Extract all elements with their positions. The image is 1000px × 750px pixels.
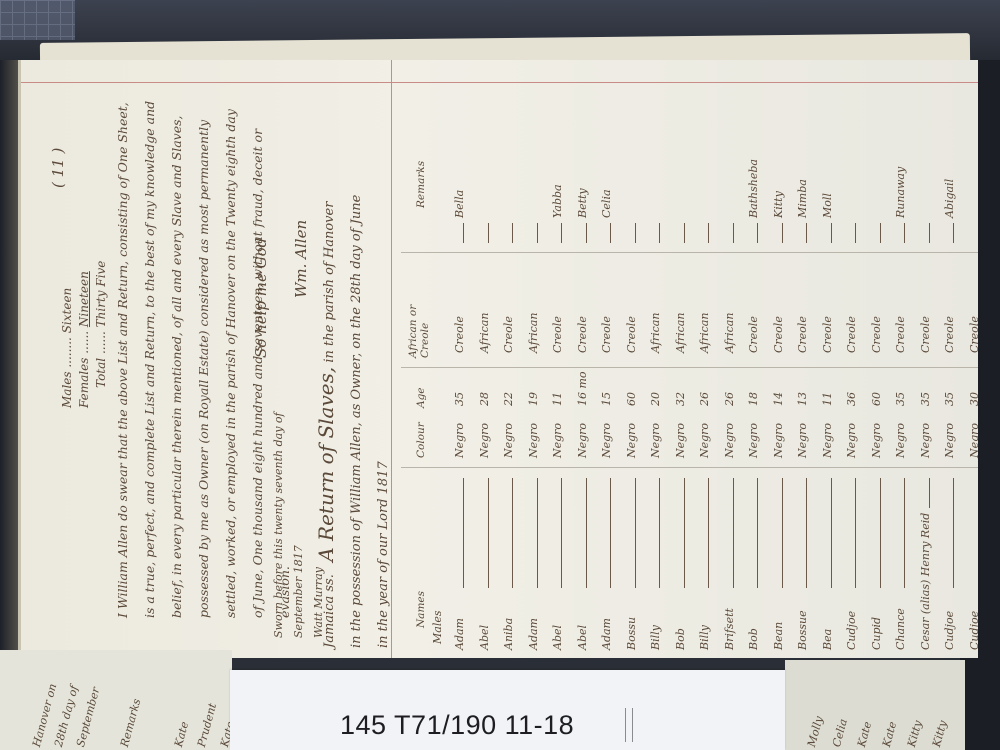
cell-age: 60	[870, 392, 883, 406]
place-heading: Jamaica ss.	[322, 574, 337, 648]
cell-age: 22	[502, 392, 515, 406]
ruled-dash	[561, 478, 562, 588]
cell-remarks: Betty	[576, 188, 589, 218]
adjacent-entry: Kitty	[905, 719, 924, 748]
header-names: Names	[415, 591, 427, 628]
ruled-dash	[782, 478, 783, 588]
archive-label: 145 T71/190 11-18	[230, 670, 785, 750]
folio-number: ( 11 )	[49, 148, 67, 188]
cell-origin: African	[674, 313, 687, 353]
ruled-dash	[978, 223, 979, 243]
cell-origin: African	[723, 313, 736, 353]
cell-colour: Negro	[527, 423, 540, 458]
cell-origin: Creole	[821, 316, 834, 353]
ruled-dash	[488, 223, 489, 243]
cell-colour: Negro	[453, 423, 466, 458]
cell-name: Bossue	[796, 610, 809, 650]
cell-age: 60	[625, 392, 638, 406]
ruled-dash	[757, 223, 758, 243]
table-row: CudjoeNegro30Creole	[964, 60, 979, 658]
ruled-dash	[978, 478, 979, 588]
ruled-dash	[733, 223, 734, 243]
table-row: AbelNegro16 moCreoleBetty	[572, 60, 597, 658]
cell-origin: African	[649, 313, 662, 353]
header-remarks: Remarks	[415, 161, 427, 208]
cell-age: 11	[821, 392, 834, 406]
table-row: BobNegro32African	[670, 60, 695, 658]
cell-remarks: Mimba	[796, 179, 809, 218]
ruled-dash	[831, 223, 832, 243]
ruled-dash	[659, 223, 660, 243]
ruled-dash	[537, 478, 538, 588]
cell-age: 35	[894, 392, 907, 406]
ruled-dash	[880, 478, 881, 588]
cell-name: Adam	[600, 618, 613, 650]
cell-colour: Negro	[943, 423, 956, 458]
cell-colour: Negro	[919, 423, 932, 458]
ruled-dash	[733, 478, 734, 588]
cell-remarks: Bathsheba	[747, 159, 760, 218]
cell-colour: Negro	[747, 423, 760, 458]
ruled-dash	[463, 223, 464, 243]
return-heading: A Return of Slaves,	[314, 367, 338, 562]
ruled-dash	[610, 223, 611, 243]
table-row: BillyNegro26African	[694, 60, 719, 658]
section-males: Males	[431, 611, 444, 645]
table-row: BeaNegro11CreoleMoll	[817, 60, 842, 658]
cell-origin: Creole	[576, 316, 589, 353]
ruled-dash	[953, 478, 954, 588]
total-label: Total	[94, 358, 108, 388]
cell-age: 32	[674, 392, 687, 406]
adjacent-entry: Kitty	[930, 719, 949, 748]
cell-origin: Creole	[625, 316, 638, 353]
adjacent-entry: Molly	[805, 715, 826, 748]
archive-reference: 145 T71/190 11-18	[340, 710, 574, 741]
table-row: AnibaNegro22Creole	[498, 60, 523, 658]
cell-name: Bossu	[625, 617, 638, 650]
cell-origin: Creole	[796, 316, 809, 353]
table-row: AdamNegro15CreoleCelia	[596, 60, 621, 658]
ruled-dash	[904, 478, 905, 588]
cell-colour: Negro	[772, 423, 785, 458]
table-row: CupidNegro60Creole	[866, 60, 891, 658]
cell-colour: Negro	[796, 423, 809, 458]
ruled-dash	[708, 478, 709, 588]
cell-age: 18	[747, 392, 760, 406]
cell-colour: Negro	[821, 423, 834, 458]
cell-age: 35	[943, 392, 956, 406]
cell-name: Cudjoe	[943, 611, 956, 650]
ruled-dash	[512, 478, 513, 588]
cell-origin: Creole	[870, 316, 883, 353]
title-owner-line: in the possession of William Allen, as O…	[343, 68, 370, 648]
cell-colour: Negro	[723, 423, 736, 458]
cell-origin: Creole	[845, 316, 858, 353]
ruled-dash	[757, 478, 758, 588]
cell-colour: Negro	[502, 423, 515, 458]
table-row: ChanceNegro35CreoleRunaway	[890, 60, 915, 658]
total-value: Thirty Five	[94, 261, 108, 328]
table-row: AbelNegro28African	[474, 60, 499, 658]
cell-age: 14	[772, 392, 785, 406]
table-row: CudjoeNegro36Creole	[841, 60, 866, 658]
cutting-mat	[0, 0, 75, 40]
cell-colour: Negro	[870, 423, 883, 458]
ruled-dash	[806, 478, 807, 588]
cell-remarks: Moll	[821, 193, 834, 218]
title-year-line: in the year of our Lord 1817	[370, 68, 397, 648]
cell-colour: Negro	[551, 423, 564, 458]
cell-origin: Creole	[453, 316, 466, 353]
cell-name: Cesar (alias) Henry Reid	[919, 513, 932, 650]
title-parish: in the parish of Hanover	[322, 202, 337, 363]
table-row: Cesar (alias) Henry ReidNegro35Creole	[915, 60, 940, 658]
ruled-dash	[880, 223, 881, 243]
cell-name: Abel	[551, 625, 564, 650]
ruled-dash	[855, 478, 856, 588]
ruled-dash	[512, 223, 513, 243]
return-title: Jamaica ss. A Return of Slaves, in the p…	[313, 68, 397, 648]
totals-block: Males ........ Sixteen Females ...... Ni…	[59, 261, 110, 408]
cell-name: Abel	[576, 625, 589, 650]
cell-age: 11	[551, 392, 564, 406]
adjacent-entry: Kate	[172, 720, 191, 748]
adjacent-left-page: Hanover on 28th day of September Remarks…	[0, 650, 232, 750]
ruled-dash	[684, 223, 685, 243]
header-colour: Colour	[415, 422, 427, 458]
cell-age: 28	[478, 392, 491, 406]
ruled-dash	[708, 223, 709, 243]
sworn-date: Sworn before this twenty seventh day of …	[269, 388, 309, 638]
adjacent-entry: Celia	[830, 717, 850, 748]
cell-origin: Creole	[502, 316, 515, 353]
ruled-dash	[537, 223, 538, 243]
cell-age: 26	[698, 392, 711, 406]
adjacent-entry: Kate	[880, 720, 899, 748]
adjacent-entry: Prudent	[195, 702, 219, 749]
cell-name: Cudjoe	[968, 611, 979, 650]
cell-colour: Negro	[649, 423, 662, 458]
cell-name: Brifsett	[723, 608, 736, 650]
ruled-dash	[463, 478, 464, 588]
cell-name: Billy	[698, 625, 711, 650]
cell-name: Adam	[453, 618, 466, 650]
cell-name: Bean	[772, 622, 785, 650]
cell-name: Cudjoe	[845, 611, 858, 650]
cell-origin: African	[527, 313, 540, 353]
cell-colour: Negro	[894, 423, 907, 458]
cell-remarks: Celia	[600, 189, 613, 218]
cell-name: Bea	[821, 629, 834, 650]
table-row: BeanNegro14CreoleKitty	[768, 60, 793, 658]
cell-age: 19	[527, 392, 540, 406]
cell-remarks: Abigail	[943, 179, 956, 218]
cell-age: 16 mo	[576, 371, 589, 406]
cell-name: Aniba	[502, 618, 515, 650]
table-row: BrifsettNegro26African	[719, 60, 744, 658]
ruled-dash	[659, 478, 660, 588]
cell-name: Adam	[527, 618, 540, 650]
table-row: BossueNegro13CreoleMimba	[792, 60, 817, 658]
cell-colour: Negro	[478, 423, 491, 458]
cell-remarks: Bella	[453, 190, 466, 218]
cell-origin: Creole	[747, 316, 760, 353]
ruled-dash	[806, 223, 807, 243]
ruled-dash	[610, 478, 611, 588]
cell-remarks: Yabba	[551, 184, 564, 218]
cell-age: 26	[723, 392, 736, 406]
table-row: AdamNegro35CreoleBella	[449, 60, 474, 658]
cell-origin: Creole	[772, 316, 785, 353]
cell-remarks: Kitty	[772, 191, 785, 218]
cell-colour: Negro	[674, 423, 687, 458]
cell-colour: Negro	[576, 423, 589, 458]
header-origin: African or Creole	[407, 298, 431, 358]
cell-age: 13	[796, 392, 809, 406]
cell-colour: Negro	[968, 423, 979, 458]
table-row: AbelNegro11CreoleYabba	[547, 60, 572, 658]
table-row: BossuNegro60Creole	[621, 60, 646, 658]
ruled-dash	[831, 478, 832, 588]
females-label: Females	[77, 358, 91, 408]
cell-colour: Negro	[625, 423, 638, 458]
females-value: Nineteen	[77, 271, 91, 327]
cell-age: 35	[453, 392, 466, 406]
cell-origin: Creole	[894, 316, 907, 353]
register-page: ( 11 ) Males ........ Sixteen Females ..…	[18, 60, 978, 658]
cell-age: 20	[649, 392, 662, 406]
ruled-dash	[561, 223, 562, 243]
cell-origin: Creole	[943, 316, 956, 353]
pencil-mark	[625, 708, 633, 742]
slave-register-table: Names Colour Age African or Creole Remar…	[401, 60, 978, 658]
cell-name: Billy	[649, 625, 662, 650]
cell-age: 30	[968, 392, 979, 406]
table-header: Names Colour Age African or Creole Remar…	[401, 60, 449, 658]
cell-origin: African	[698, 313, 711, 353]
ruled-dash	[488, 478, 489, 588]
cell-colour: Negro	[600, 423, 613, 458]
cell-name: Cupid	[870, 617, 883, 650]
header-age: Age	[415, 387, 427, 408]
cell-origin: Creole	[600, 316, 613, 353]
cell-origin: Creole	[919, 316, 932, 353]
cell-age: 15	[600, 392, 613, 406]
cell-colour: Negro	[845, 423, 858, 458]
rotated-ledger-sheet: ( 11 ) Males ........ Sixteen Females ..…	[21, 60, 978, 658]
cell-age: 35	[919, 392, 932, 406]
ruled-dash	[635, 478, 636, 588]
ruled-dash	[782, 223, 783, 243]
so-help-me-god: So help me God	[241, 220, 281, 358]
table-row: CudjoeNegro35CreoleAbigail	[939, 60, 964, 658]
table-rows: (function(){ var d = JSON.parse(document…	[449, 60, 978, 658]
cell-name: Bob	[674, 628, 687, 650]
ruled-dash	[855, 223, 856, 243]
ruled-dash	[929, 478, 930, 508]
signature-block: So help me God Wm. Allen	[241, 220, 321, 358]
cell-remarks: Runaway	[894, 167, 907, 218]
ruled-dash	[929, 223, 930, 243]
cell-colour: Negro	[698, 423, 711, 458]
cell-name: Chance	[894, 608, 907, 650]
ruled-dash	[635, 223, 636, 243]
adjacent-right-page: Molly Celia Kate Kate Kitty Kitty	[785, 660, 965, 750]
cell-origin: Creole	[551, 316, 564, 353]
cell-age: 36	[845, 392, 858, 406]
cell-name: Bob	[747, 628, 760, 650]
ruled-dash	[904, 223, 905, 243]
cell-origin: African	[478, 313, 491, 353]
adjacent-entry: Kate	[855, 720, 874, 748]
males-label: Males	[60, 371, 74, 408]
table-row: BillyNegro20African	[645, 60, 670, 658]
ruled-dash	[953, 223, 954, 243]
cell-origin: Creole	[968, 316, 979, 353]
table-row: AdamNegro19African	[523, 60, 548, 658]
table-row: BobNegro18CreoleBathsheba	[743, 60, 768, 658]
ruled-dash	[586, 223, 587, 243]
adjacent-remarks-header: Remarks	[118, 697, 143, 748]
ruled-dash	[684, 478, 685, 588]
males-value: Sixteen	[60, 288, 74, 334]
ruled-dash	[586, 478, 587, 588]
cell-name: Abel	[478, 625, 491, 650]
